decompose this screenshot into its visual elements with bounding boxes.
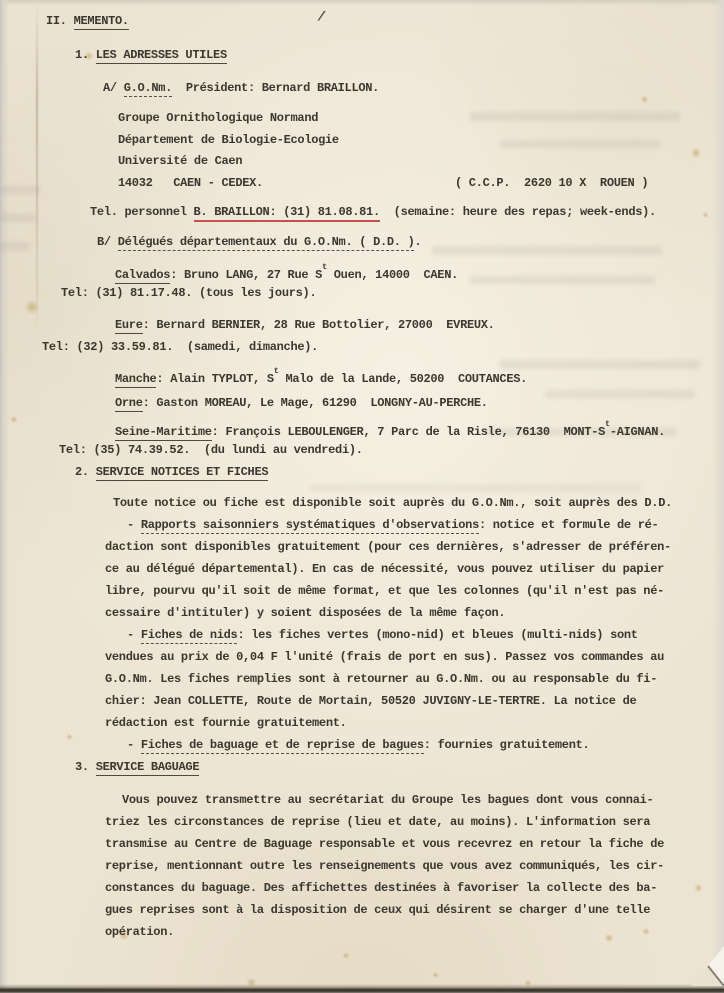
delegate-eure-phone: Tel: (32) 33.59.81. (samedi, dimanche). <box>42 336 724 358</box>
president-text: Président: Bernard BRAILLON. <box>172 81 379 95</box>
doc-title-numeral: II. <box>46 14 74 28</box>
doc-title: II. MEMENTO. <box>46 10 724 32</box>
paragraph-line: Vous pouvez transmettre au secrétariat d… <box>105 789 724 811</box>
paragraph-line: vendues au prix de 0,04 F l'unité (frais… <box>105 646 724 668</box>
paragraph-line: triez les circonstances de reprise (lieu… <box>105 811 724 833</box>
bullet-dash: - <box>127 518 141 532</box>
paragraph-line: ce au délégué départemental). En cas de … <box>105 558 724 580</box>
president-phone-line: Tel. personnel B. BRAILLON: (31) 81.08.8… <box>90 201 724 223</box>
section-2-heading: 2. SERVICE NOTICES ET FICHES <box>75 461 724 483</box>
doc-title-text: MEMENTO. <box>74 14 129 30</box>
delegate-separator: : <box>212 425 226 439</box>
corner-fold <box>692 946 724 986</box>
paragraph-line: chier: Jean COLLETTE, Route de Mortain, … <box>105 690 724 712</box>
subsection-b-label: B/ <box>97 235 118 249</box>
bullet-term: Fiches de nids <box>141 628 238 644</box>
delegate-address: Alain TYPLOT, S <box>170 372 274 386</box>
delegate-address: Bernard BERNIER, 28 Rue Bottolier, 27000… <box>156 318 494 332</box>
section-3-body: Vous pouvez transmettre au secrétariat d… <box>105 789 724 943</box>
delegate-separator: : <box>156 372 170 386</box>
bullet-rest: : fournies gratuitement. <box>424 738 590 752</box>
section-2-body: Toute notice ou fiche est disponible soi… <box>105 492 724 756</box>
delegate-seine-maritime-phone: Tel: (35) 74.39.52. (du lundi au vendred… <box>59 439 724 461</box>
scan-edge-bottom <box>0 984 724 993</box>
section-1-number: 1. <box>75 48 96 62</box>
subsection-a-label: A/ <box>103 81 124 95</box>
bullet-lead-line: - Fiches de baguage et de reprise de bag… <box>105 734 724 756</box>
delegate-address-2: Ouen, 14000 CAEN. <box>327 268 458 282</box>
delegate-separator: : <box>143 318 157 332</box>
section-3-heading: 3. SERVICE BAGUAGE <box>75 756 724 778</box>
delegate-separator: : <box>170 268 184 282</box>
paragraph-line: rédaction est fournie gratuitement. <box>105 712 724 734</box>
subsection-b-title: Délégués départementaux du G.O.Nm. ( D.D… <box>118 235 415 251</box>
ccp-account: ( C.C.P. 2620 10 X ROUEN ) <box>455 173 648 195</box>
section-2-title: SERVICE NOTICES ET FICHES <box>96 465 269 481</box>
delegate-name: Eure <box>115 318 143 334</box>
bullet-lead-line: - Rapports saisonniers systématiques d'o… <box>105 514 724 536</box>
delegate-address: Bruno LANG, 27 Rue S <box>184 268 322 282</box>
bullet-term: Fiches de baguage et de reprise de bague… <box>141 738 424 754</box>
section-1-heading: 1. LES ADRESSES UTILES <box>75 44 724 66</box>
delegate-name: Orne <box>115 396 143 412</box>
paper-stain <box>432 972 439 978</box>
paragraph-line: daction sont disponibles gratuitement (p… <box>105 536 724 558</box>
bullet-dash: - <box>127 628 141 642</box>
superscript-t: t <box>274 366 279 376</box>
paragraph-line: G.O.Nm. Les fiches remplies sont à retou… <box>105 668 724 690</box>
delegate-calvados: Calvados: Bruno LANG, 27 Rue St Ouen, 14… <box>115 260 724 282</box>
document-content: II. MEMENTO. 1. LES ADRESSES UTILES A/ G… <box>0 0 724 943</box>
delegate-name: Manche <box>115 372 156 388</box>
address-line: Département de Biologie-Ecologie <box>118 130 724 152</box>
delegate-address-2: -AIGNAN. <box>610 425 665 439</box>
section-1-title: LES ADRESSES UTILES <box>96 48 227 64</box>
subsection-a: A/ G.O.Nm. Président: Bernard BRAILLON. <box>103 77 724 99</box>
phone-suffix: (semaine: heure des repas; week-ends). <box>380 205 656 219</box>
bullet-dash: - <box>127 738 141 752</box>
delegate-manche: Manche: Alain TYPLOT, St Malo de la Land… <box>115 364 724 386</box>
org-abbreviation: G.O.Nm. <box>124 81 172 97</box>
address-line: Groupe Ornithologique Normand <box>118 108 724 130</box>
subsection-b-period: . <box>414 235 421 249</box>
paragraph-line: cessaire d'intituler) y soient disposées… <box>105 602 724 624</box>
delegate-orne: Orne: Gaston MOREAU, Le Mage, 61290 LONG… <box>115 392 724 414</box>
phone-highlighted: B. BRAILLON: (31) 81.08.81. <box>194 205 380 222</box>
delegate-seine-maritime: Seine-Maritime: François LEBOULENGER, 7 … <box>115 417 724 439</box>
superscript-t: t <box>605 419 610 429</box>
bullet-lead-line: - Fiches de nids: les fiches vertes (mon… <box>105 624 724 646</box>
address-city: 14032 CAEN - CEDEX. <box>118 176 263 190</box>
delegate-address-2: Malo de la Lande, 50200 COUTANCES. <box>279 372 527 386</box>
delegate-address: Gaston MOREAU, Le Mage, 61290 LONGNY-AU-… <box>156 396 487 410</box>
phone-prefix: Tel. personnel <box>90 205 194 219</box>
paragraph-line: constances du baguage. Des affichettes d… <box>105 877 724 899</box>
delegate-separator: : <box>143 396 157 410</box>
bullet-rest: : notice et formule de ré- <box>479 518 658 532</box>
bullet-term: Rapports saisonniers systématiques d'obs… <box>141 518 479 534</box>
delegate-eure: Eure: Bernard BERNIER, 28 Rue Bottolier,… <box>115 314 724 336</box>
paragraph-line: libre, pourvu qu'il soit de même format,… <box>105 580 724 602</box>
org-address-block: Groupe Ornithologique Normand Départemen… <box>118 108 724 194</box>
address-line-city: 14032 CAEN - CEDEX.( C.C.P. 2620 10 X RO… <box>118 173 724 195</box>
delegate-calvados-phone: Tel: (31) 81.17.48. (tous les jours). <box>61 282 724 304</box>
section-3-title: SERVICE BAGUAGE <box>96 760 200 776</box>
section-2-number: 2. <box>75 465 96 479</box>
subsection-b: B/ Délégués départementaux du G.O.Nm. ( … <box>97 231 724 253</box>
address-line: Université de Caen <box>118 151 724 173</box>
paragraph-line: transmise au Centre de Baguage responsab… <box>105 833 724 855</box>
bullet-rest: : les fiches vertes (mono-nid) et bleues… <box>237 628 637 642</box>
delegate-address: François LEBOULENGER, 7 Parc de la Risle… <box>225 425 605 439</box>
paragraph-line: reprise, mentionnant outre les renseigne… <box>105 855 724 877</box>
superscript-t: t <box>322 262 327 272</box>
paragraph-line: gues reprises sont à la disposition de c… <box>105 899 724 921</box>
paragraph-line: opération. <box>105 921 724 943</box>
paragraph-line: Toute notice ou fiche est disponible soi… <box>105 492 724 514</box>
section-3-number: 3. <box>75 760 96 774</box>
scanned-document-page: / II. MEMENTO. 1. LES ADRESSES UTILES A/… <box>0 0 724 993</box>
paper-stain <box>342 952 350 959</box>
